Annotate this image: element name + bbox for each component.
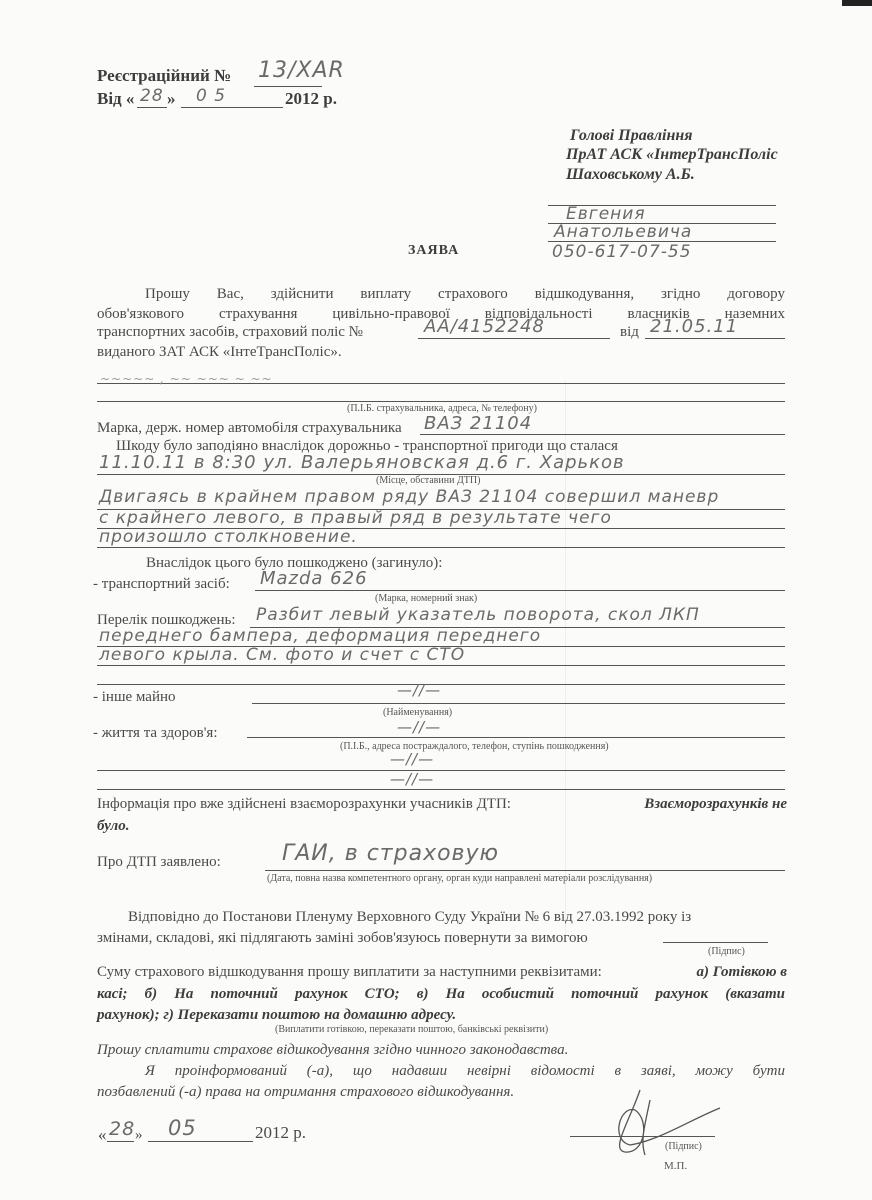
insured-handwriting: ~~~~~ , ~~ ~~~ ~ ~~ bbox=[100, 372, 273, 386]
payment-line2: касі; б) На поточний рахунок СТО; в) На … bbox=[97, 983, 785, 1005]
accident-desc1: Двигаясь в крайнем правом ряду ВАЗ 21104… bbox=[99, 487, 719, 507]
health-value: —//— bbox=[397, 718, 441, 736]
date-from-year: 2012 р. bbox=[285, 89, 337, 109]
property-value: —//— bbox=[397, 681, 441, 699]
footer-signature-caption: (Підпис) bbox=[665, 1141, 702, 1152]
footer-date-sep: » bbox=[135, 1124, 143, 1146]
health-caption: (П.І.Б., адреса постраждалого, телефон, … bbox=[340, 741, 609, 752]
car-value: ВАЗ 21104 bbox=[424, 413, 532, 434]
payment-line1-a: Суму страхового відшкодування прошу випл… bbox=[97, 964, 602, 980]
reported-caption: (Дата, повна назва компетентного органу,… bbox=[267, 873, 652, 884]
resolution-signature-caption: (Підпис) bbox=[708, 946, 745, 957]
payment-notice1: Я проінформований (-а), що надавши невір… bbox=[145, 1060, 785, 1082]
applicant-patronymic: Анатольевича bbox=[554, 222, 692, 242]
intro-line3a: транспортних засобів, страховий поліс № bbox=[97, 321, 363, 343]
addressee-line1: Голові Правління bbox=[570, 127, 693, 145]
property-label: - інше майно bbox=[93, 686, 176, 708]
payment-request: Прошу сплатити страхове відшкодування зг… bbox=[97, 1039, 568, 1061]
policy-date: 21.05.11 bbox=[650, 316, 738, 337]
damage-list3: левого крыла. См. фото и счет с СТО bbox=[99, 645, 465, 665]
footer-day: 28 bbox=[109, 1118, 135, 1140]
health-extra2: —//— bbox=[390, 770, 434, 788]
accident-desc2: с крайнего левого, в правый ряд в резуль… bbox=[99, 508, 612, 528]
health-extra1: —//— bbox=[390, 750, 434, 768]
health-label: - життя та здоров'я: bbox=[93, 722, 217, 744]
vehicle-value: Mazda 626 bbox=[260, 568, 368, 589]
applicant-first-name: Евгения bbox=[566, 204, 646, 224]
signature-icon bbox=[590, 1080, 730, 1160]
footer-date-open: « bbox=[98, 1124, 107, 1146]
intro-line1: Прошу Вас, здійснити виплату страхового … bbox=[145, 283, 785, 305]
payment-line1-b: а) Готівкою в bbox=[697, 961, 788, 983]
accident-desc3: произошло столкновение. bbox=[99, 527, 358, 547]
date-from-month: 0 5 bbox=[196, 86, 226, 106]
payment-notice2: позбавлений (-а) права на отримання стра… bbox=[97, 1081, 514, 1103]
damage-list2: переднего бампера, деформация переднего bbox=[99, 626, 541, 646]
vehicle-caption: (Марка, номерний знак) bbox=[375, 593, 477, 604]
reported-value: ГАИ, в страховую bbox=[282, 841, 499, 866]
registration-label: Реєстраційний № bbox=[97, 66, 231, 86]
reported-label: Про ДТП заявлено: bbox=[97, 851, 221, 873]
footer-year: 2012 р. bbox=[255, 1122, 306, 1144]
document-title: ЗАЯВА bbox=[408, 243, 459, 259]
applicant-phone: 050-617-07-55 bbox=[552, 242, 692, 262]
resolution-line1: Відповідно до Постанови Пленуму Верховно… bbox=[128, 906, 691, 928]
date-from-label: Від « bbox=[97, 89, 134, 109]
intro-line4: виданого ЗАТ АСК «ІнтеТрансПоліс». bbox=[97, 341, 342, 363]
footer-month: 05 bbox=[168, 1116, 197, 1140]
addressee-line3: Шаховському А.Б. bbox=[566, 166, 695, 184]
policy-number: АА/4152248 bbox=[424, 316, 545, 337]
scan-corner-mark bbox=[842, 0, 872, 6]
payment-line1: Суму страхового відшкодування прошу випл… bbox=[97, 961, 787, 983]
accident-place-caption: (Місце, обставини ДТП) bbox=[376, 475, 480, 486]
damage-list1: Разбит левый указатель поворота, скол ЛК… bbox=[256, 605, 700, 625]
intro-line3b: від bbox=[620, 321, 639, 343]
accident-place: 11.10.11 в 8:30 ул. Валерьяновская д.6 г… bbox=[99, 452, 625, 473]
date-from-sep: » bbox=[167, 89, 176, 109]
property-caption: (Найменування) bbox=[383, 707, 452, 718]
registration-number: 13/ХАR bbox=[258, 58, 345, 83]
settlements-value-b: було. bbox=[97, 815, 130, 837]
resolution-line2: змінами, складові, які підлягають заміні… bbox=[97, 927, 588, 949]
settlements-text: Інформація про вже здійснені взаєморозра… bbox=[97, 796, 511, 812]
settlements-row: Інформація про вже здійснені взаєморозра… bbox=[97, 793, 787, 815]
payment-line3: рахунок); г) Переказати поштою на домашн… bbox=[97, 1004, 456, 1026]
date-from-day: 28 bbox=[140, 86, 164, 106]
payment-caption: (Виплатити готівкою, переказати поштою, … bbox=[275, 1024, 548, 1035]
vehicle-label: - транспортний засіб: bbox=[93, 573, 230, 595]
settlements-value-a: Взаєморозрахунків не bbox=[644, 793, 787, 815]
stamp-place: М.П. bbox=[664, 1160, 687, 1172]
addressee-line2: ПрАТ АСК «ІнтерТрансПоліс bbox=[566, 146, 778, 164]
